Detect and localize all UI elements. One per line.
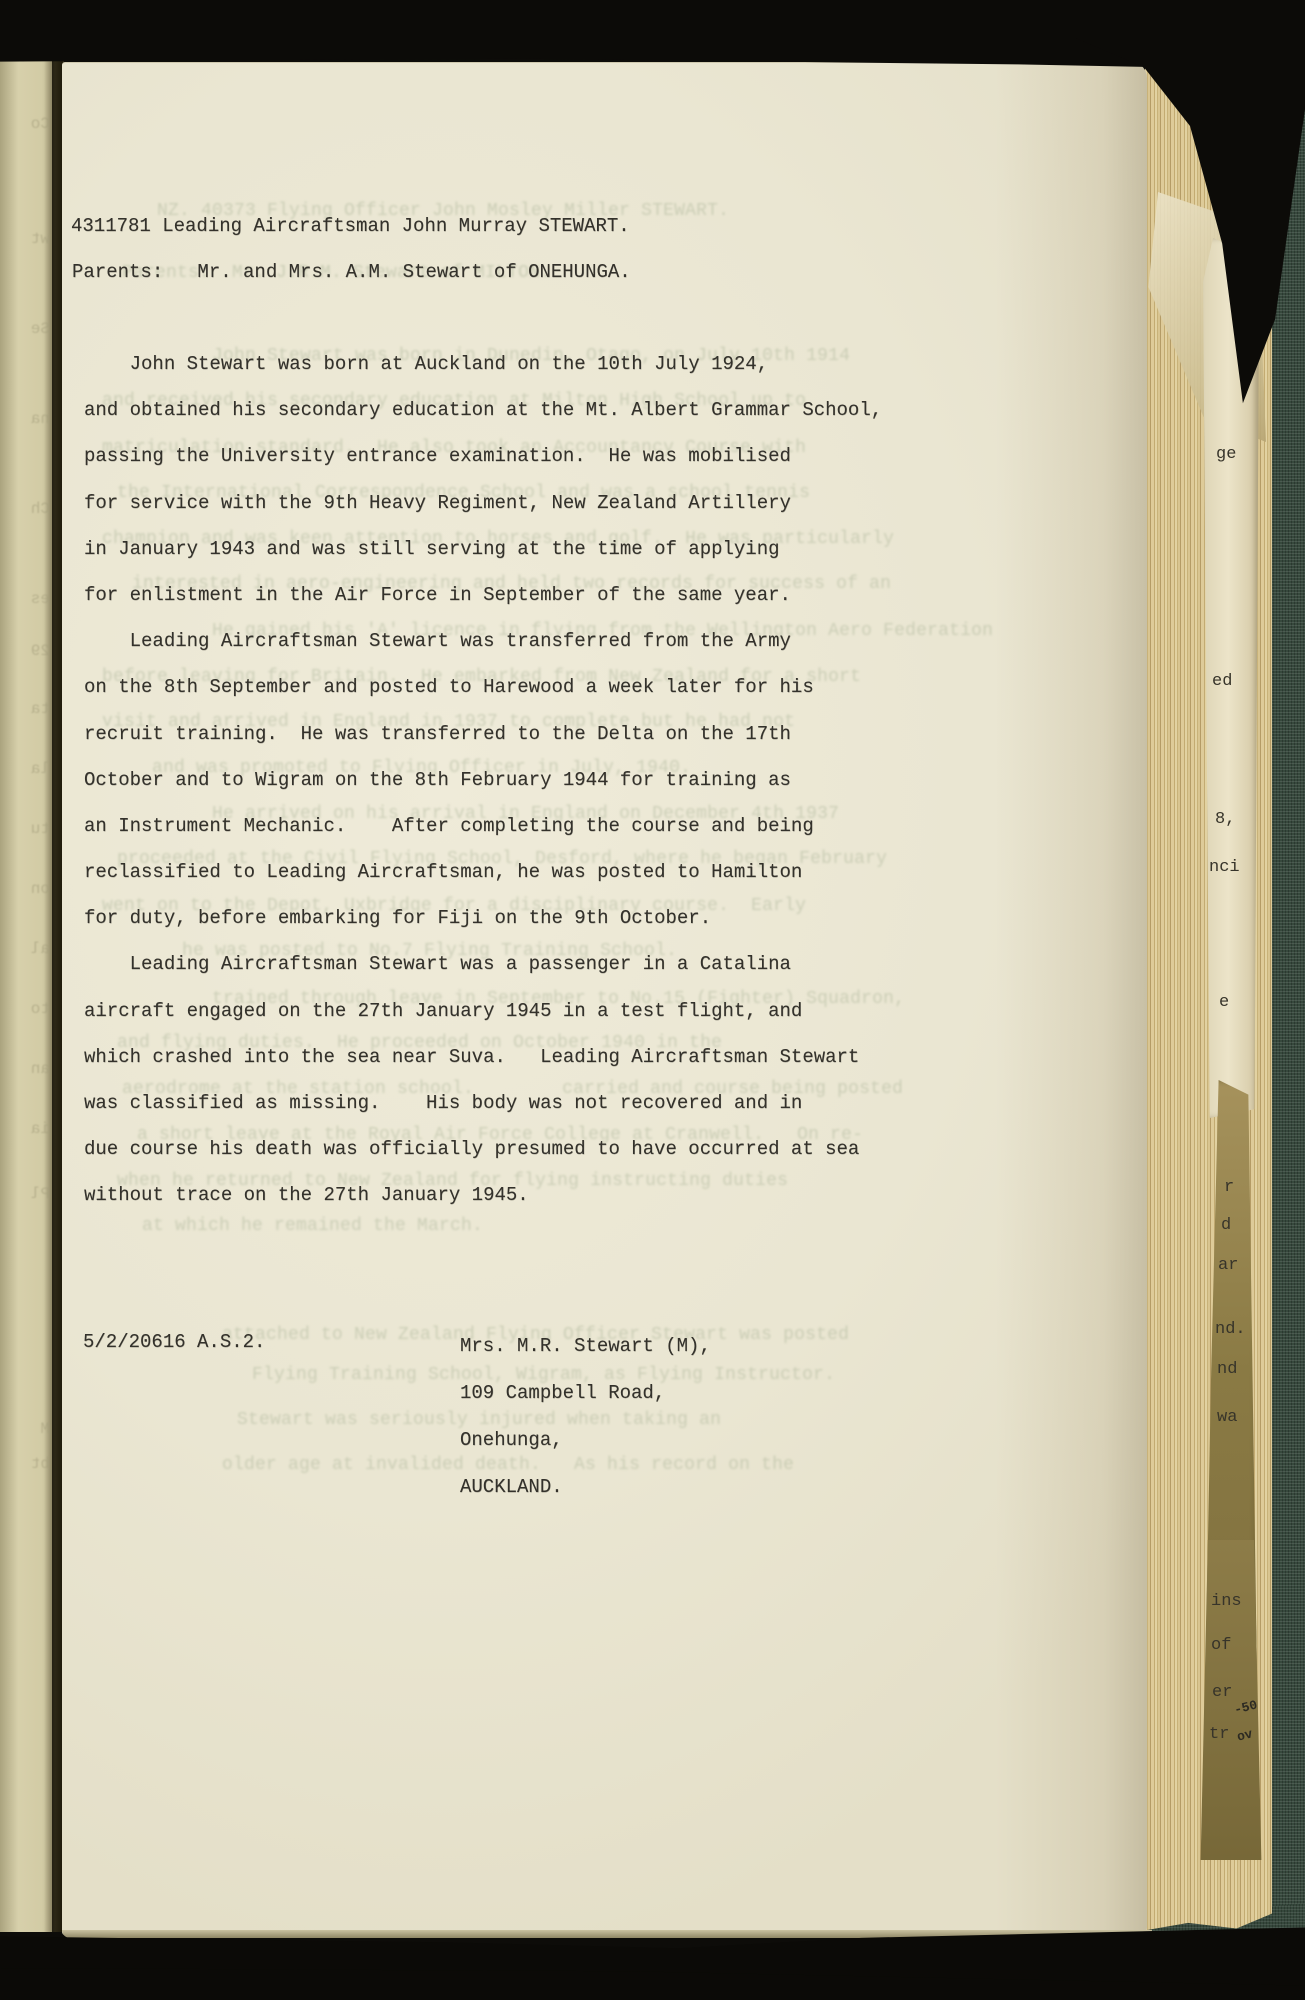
edge-text-fragment: d [1221, 1216, 1231, 1235]
edge-text-fragment: nci [1209, 858, 1240, 877]
edge-text-fragment: tr [1209, 1725, 1229, 1744]
record-page: NZ. 40373 Flying Officer John Mosley Mil… [62, 62, 1147, 1935]
edge-text-fragment: Se [6, 320, 50, 338]
edge-text-fragment: tu [6, 820, 50, 838]
edge-text-fragment: es [6, 590, 50, 608]
biography-line: on the 8th September and posted to Harew… [84, 676, 882, 722]
biography-line: for enlistment in the Air Force in Septe… [84, 584, 882, 630]
biography-line: passing the University entrance examinat… [84, 445, 882, 491]
biography-line: for service with the 9th Heavy Regiment,… [84, 492, 882, 538]
address-line: Mrs. M.R. Stewart (M), [460, 1335, 711, 1382]
edge-text-fragment: wt [6, 230, 50, 248]
biography-line: recruit training. He was transferred to … [84, 723, 882, 769]
biography-text: John Stewart was born at Auckland on the… [84, 353, 882, 1231]
edge-text-fragment: on [6, 880, 50, 898]
edge-text-fragment: na [6, 410, 50, 428]
edge-text-fragment: nd. [1215, 1320, 1246, 1339]
edge-text-fragment: ia [6, 1120, 50, 1138]
edge-text-fragment: ta [6, 700, 50, 718]
biography-line: Leading Aircraftsman Stewart was transfe… [84, 630, 882, 676]
parents-line: Parents: Mr. and Mrs. A.M. Stewart of ON… [72, 261, 631, 283]
edge-text-fragment: e [1219, 993, 1229, 1012]
biography-line: aircraft engaged on the 27th January 194… [84, 1000, 882, 1046]
biography-line: which crashed into the sea near Suva. Le… [84, 1046, 882, 1092]
biography-line: without trace on the 27th January 1945. [84, 1184, 882, 1230]
edge-text-fragment: ge [1216, 445, 1236, 464]
edge-text-fragment: ar [1218, 1256, 1238, 1275]
edge-text-fragment: to [6, 1000, 50, 1018]
edge-text-fragment: Co [6, 115, 50, 133]
edge-text-fragment: la [6, 760, 50, 778]
edge-text-fragment: al [6, 940, 50, 958]
book-scan-photo: NZ. 40373 Flying Officer John Mosley Mil… [0, 0, 1305, 2000]
edge-text-fragment: nd [1217, 1360, 1237, 1379]
address-line: 109 Campbell Road, [460, 1382, 711, 1429]
edge-text-fragment: r [1224, 1178, 1234, 1197]
edge-text-fragment: M [6, 1420, 50, 1438]
edge-text-fragment: Pl [6, 1185, 50, 1203]
biography-line: and obtained his secondary education at … [84, 399, 882, 445]
service-number-heading: 4311781 Leading Aircraftsman John Murray… [71, 215, 630, 237]
edge-text-fragment: 8, [1215, 810, 1235, 829]
edge-text-fragment: ins [1211, 1592, 1242, 1611]
edge-text-fragment: an [6, 1060, 50, 1078]
biography-line: in January 1943 and was still serving at… [84, 538, 882, 584]
edge-text-fragment: 29 [6, 642, 50, 660]
edge-text-fragment: wa [1217, 1408, 1237, 1427]
file-reference: 5/2/20616 A.S.2. [83, 1331, 265, 1353]
book-cover-cloth [1270, 105, 1305, 1985]
address-line: Onehunga, [460, 1429, 711, 1476]
edge-text-fragment: of [1211, 1636, 1231, 1655]
gutter-shadow [44, 58, 64, 1932]
biography-line: Leading Aircraftsman Stewart was a passe… [84, 953, 882, 999]
biography-line: an Instrument Mechanic. After completing… [84, 815, 882, 861]
edge-text-fragment: ed [1212, 672, 1232, 691]
biography-line: for duty, before embarking for Fiji on t… [84, 907, 882, 953]
biography-line: reclassified to Leading Aircraftsman, he… [84, 861, 882, 907]
edge-text-fragment: Ch [6, 500, 50, 518]
address-line: AUCKLAND. [460, 1476, 711, 1523]
biography-line: October and to Wigram on the 8th Februar… [84, 769, 882, 815]
biography-line: John Stewart was born at Auckland on the… [84, 353, 882, 399]
next-of-kin-address: Mrs. M.R. Stewart (M),109 Campbell Road,… [460, 1335, 711, 1523]
biography-line: was classified as missing. His body was … [84, 1092, 882, 1138]
biography-line: due course his death was officially pres… [84, 1138, 882, 1184]
edge-text-fragment: bt [6, 1455, 50, 1473]
edge-text-fragment: er [1212, 1683, 1232, 1702]
